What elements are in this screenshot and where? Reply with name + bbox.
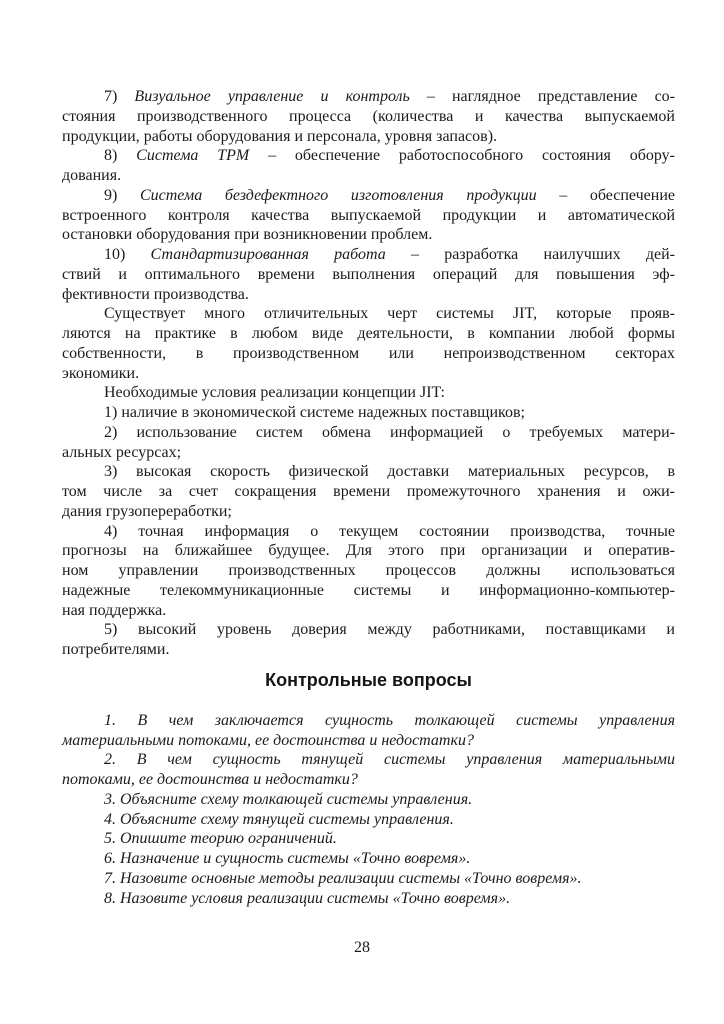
text-line: альных ресурсах; [62, 443, 675, 463]
italic-text-run: материальными потоками, ее достоинства и… [62, 732, 474, 749]
text-run: 2) использование систем обмена информаци… [104, 424, 675, 441]
text-run: встроенного контроля качества выпускаемо… [62, 207, 675, 224]
italic-text-run: Система бездефектного изготовления проду… [140, 187, 537, 204]
text-run: – наглядное представление со- [410, 88, 675, 105]
text-line: ствий и оптимального времени выполнения … [62, 265, 675, 285]
text-run: ствий и оптимального времени выполнения … [62, 266, 675, 283]
text-line: потоками, ее достоинства и недостатки? [62, 770, 675, 790]
text-line: 4. Объясните схему тянущей системы управ… [62, 810, 675, 830]
text-run: – разработка наилучших дей- [386, 246, 675, 263]
text-run: ляются на практике в любом виде деятельн… [62, 325, 675, 342]
text-line: 1. В чем заключается сущность толкающей … [62, 711, 675, 731]
text-run: 3) высокая скорость физической доставки … [104, 463, 675, 480]
question-item: 7. Назовите основные методы реализации с… [62, 869, 675, 889]
question-item: 8. Назовите условия реализации системы «… [62, 889, 675, 909]
text-run: Существует много отличительных черт сист… [104, 305, 675, 322]
paragraph: 10) Стандартизированная работа – разрабо… [62, 245, 675, 304]
text-run: прогнозы на ближайшее будущее. Для этого… [62, 542, 675, 559]
text-run: стояния производственного процесса (коли… [62, 108, 675, 125]
text-run: 10) [104, 246, 151, 263]
page-number: 28 [0, 938, 724, 957]
paragraph: 4) точная информация о текущем состоянии… [62, 522, 675, 621]
text-line: ная поддержка. [62, 601, 675, 621]
text-line: ляются на практике в любом виде деятельн… [62, 324, 675, 344]
paragraph: 8) Система TPM – обеспечение работоспосо… [62, 146, 675, 186]
question-item: 6. Назначение и сущность системы «Точно … [62, 849, 675, 869]
paragraph: 5) высокий уровень доверия между работни… [62, 620, 675, 660]
paragraph: Необходимые условия реализации концепции… [62, 383, 675, 403]
text-run: альных ресурсах; [62, 444, 181, 461]
text-run: – обеспечение [537, 187, 675, 204]
text-line: 3) высокая скорость физической доставки … [62, 462, 675, 482]
text-line: 3. Объясните схему толкающей системы упр… [62, 790, 675, 810]
text-line: ном управлении производственных процессо… [62, 561, 675, 581]
text-line: Необходимые условия реализации концепции… [62, 383, 675, 403]
text-run: фективности производства. [62, 286, 249, 303]
text-line: 6. Назначение и сущность системы «Точно … [62, 849, 675, 869]
question-item: 4. Объясните схему тянущей системы управ… [62, 810, 675, 830]
text-line: Существует много отличительных черт сист… [62, 304, 675, 324]
question-item: 5. Опишите теорию ограничений. [62, 829, 675, 849]
text-run: продукции, работы оборудования и персона… [62, 128, 497, 145]
text-line: 2) использование систем обмена информаци… [62, 423, 675, 443]
italic-text-run: 4. Объясните схему тянущей системы управ… [104, 811, 454, 828]
text-line: 8) Система TPM – обеспечение работоспосо… [62, 146, 675, 166]
text-line: надежные телекоммуникационные системы и … [62, 581, 675, 601]
paragraph: 1) наличие в экономической системе надеж… [62, 403, 675, 423]
text-line: встроенного контроля качества выпускаемо… [62, 206, 675, 226]
text-run: 1) наличие в экономической системе надеж… [104, 404, 525, 421]
text-run: 7) [104, 88, 134, 105]
text-run: 8) [104, 147, 136, 164]
paragraph: 9) Система бездефектного изготовления пр… [62, 186, 675, 245]
italic-text-run: 6. Назначение и сущность системы «Точно … [104, 850, 470, 867]
text-line: потребителями. [62, 640, 675, 660]
italic-text-run: 5. Опишите теорию ограничений. [104, 830, 337, 847]
text-line: стояния производственного процесса (коли… [62, 107, 675, 127]
question-item: 3. Объясните схему толкающей системы упр… [62, 790, 675, 810]
paragraph: 7) Визуальное управление и контроль – на… [62, 87, 675, 146]
text-line: 4) точная информация о текущем состоянии… [62, 522, 675, 542]
body-text: 7) Визуальное управление и контроль – на… [62, 87, 675, 660]
paragraph: 3) высокая скорость физической доставки … [62, 462, 675, 521]
text-column: 7) Визуальное управление и контроль – на… [62, 87, 675, 908]
text-line: 7. Назовите основные методы реализации с… [62, 869, 675, 889]
italic-text-run: потоками, ее достоинства и недостатки? [62, 771, 358, 788]
italic-text-run: Система TPM [136, 147, 249, 164]
text-line: экономики. [62, 364, 675, 384]
text-line: продукции, работы оборудования и персона… [62, 127, 675, 147]
question-item: 2. В чем сущность тянущей системы управл… [62, 750, 675, 790]
text-run: 5) высокий уровень доверия между работни… [104, 621, 675, 638]
text-line: 5) высокий уровень доверия между работни… [62, 620, 675, 640]
text-line: 7) Визуальное управление и контроль – на… [62, 87, 675, 107]
italic-text-run: 1. В чем заключается сущность толкающей … [104, 712, 675, 729]
text-line: дания грузопереработки; [62, 502, 675, 522]
section-heading: Контрольные вопросы [62, 669, 675, 691]
text-line: том числе за счет сокращения времени про… [62, 482, 675, 502]
italic-text-run: 8. Назовите условия реализации системы «… [104, 890, 510, 907]
document-page: 7) Визуальное управление и контроль – на… [0, 0, 724, 1024]
text-run: 4) точная информация о текущем состоянии… [104, 523, 675, 540]
italic-text-run: 3. Объясните схему толкающей системы упр… [104, 791, 472, 808]
text-line: материальными потоками, ее достоинства и… [62, 731, 675, 751]
italic-text-run: 7. Назовите основные методы реализации с… [104, 870, 582, 887]
text-line: 5. Опишите теорию ограничений. [62, 829, 675, 849]
text-line: прогнозы на ближайшее будущее. Для этого… [62, 541, 675, 561]
text-line: фективности производства. [62, 285, 675, 305]
text-run: – обеспечение работоспособного состояния… [249, 147, 675, 164]
text-run: дования. [62, 167, 121, 184]
text-line: остановки оборудования при возникновении… [62, 225, 675, 245]
text-line: 2. В чем сущность тянущей системы управл… [62, 750, 675, 770]
text-run: потребителями. [62, 641, 169, 658]
italic-text-run: Визуальное управление и контроль [134, 88, 409, 105]
questions-list: 1. В чем заключается сущность толкающей … [62, 711, 675, 909]
text-line: собственности, в производственном или не… [62, 344, 675, 364]
text-line: 8. Назовите условия реализации системы «… [62, 889, 675, 909]
text-line: 10) Стандартизированная работа – разрабо… [62, 245, 675, 265]
italic-text-run: 2. В чем сущность тянущей системы управл… [104, 751, 675, 768]
text-run: собственности, в производственном или не… [62, 345, 675, 362]
text-line: 9) Система бездефектного изготовления пр… [62, 186, 675, 206]
text-run: остановки оборудования при возникновении… [62, 226, 432, 243]
text-run: экономики. [62, 365, 139, 382]
italic-text-run: Стандартизированная работа [151, 246, 386, 263]
text-line: 1) наличие в экономической системе надеж… [62, 403, 675, 423]
text-run: ном управлении производственных процессо… [62, 562, 675, 579]
text-run: дания грузопереработки; [62, 503, 232, 520]
text-line: дования. [62, 166, 675, 186]
paragraph: 2) использование систем обмена информаци… [62, 423, 675, 463]
question-item: 1. В чем заключается сущность толкающей … [62, 711, 675, 751]
text-run: Необходимые условия реализации концепции… [104, 384, 445, 401]
text-run: том числе за счет сокращения времени про… [62, 483, 675, 500]
text-run: надежные телекоммуникационные системы и … [62, 582, 675, 599]
text-run: ная поддержка. [62, 602, 166, 619]
text-run: 9) [104, 187, 140, 204]
paragraph: Существует много отличительных черт сист… [62, 304, 675, 383]
